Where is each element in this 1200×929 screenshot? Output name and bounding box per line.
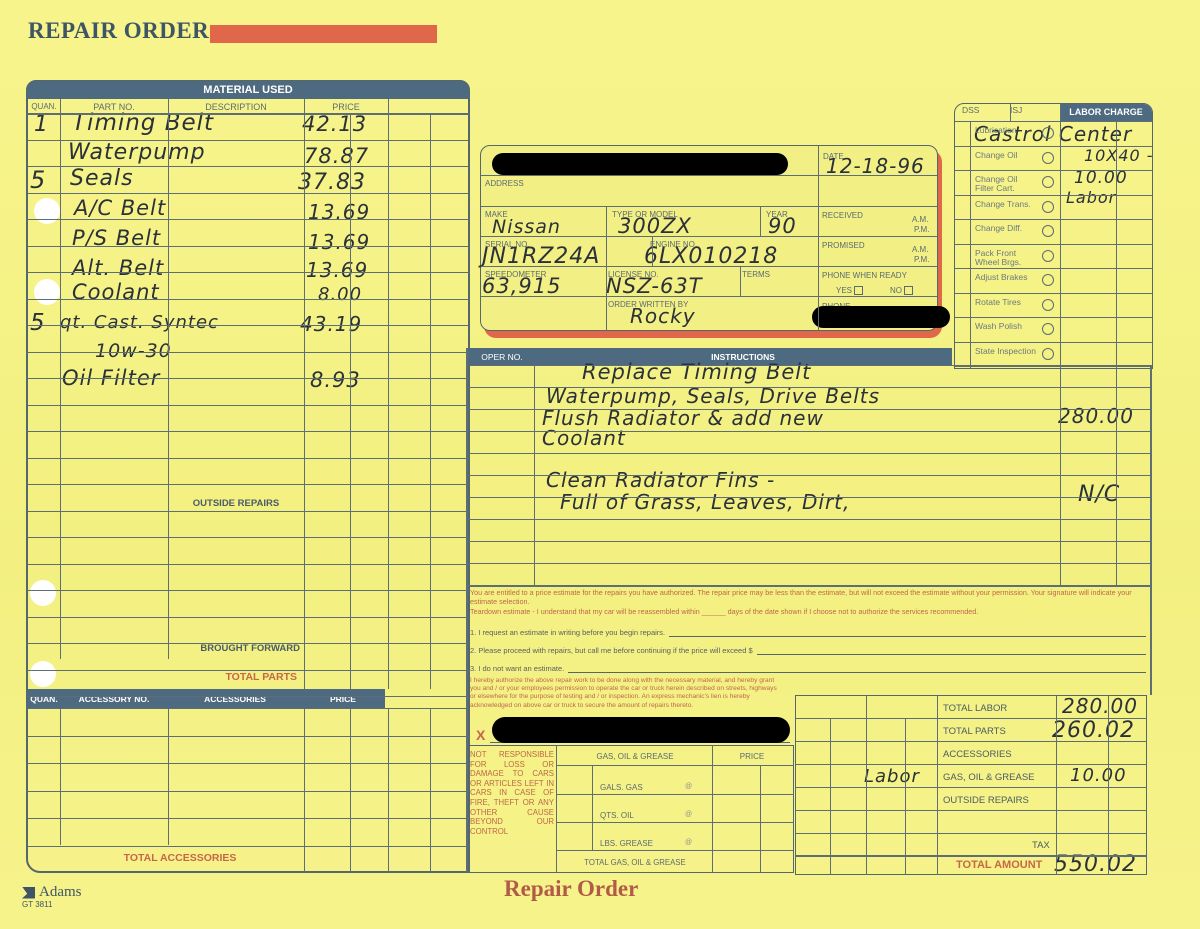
mat-row-3-desc: Seals [70,166,134,191]
gas-price-label: PRICE [712,752,792,761]
phone-ready-yes: YES [836,286,863,295]
svc-note-2: 10X40 - [1084,146,1154,165]
grid-rule [606,206,607,330]
svc-note-4: Labor [1066,188,1116,207]
estimate-option-1: 1. I request an estimate in writing befo… [470,628,1146,637]
binder-hole [34,279,60,305]
promised-pm: P.M. [914,255,929,264]
grid-rule [388,708,389,873]
grid-rule [27,763,469,764]
binder-hole [30,580,56,606]
grid-rule [905,718,906,874]
adams-logo-icon [22,887,35,899]
grid-rule [955,317,1152,318]
mat-row-3-quan: 5 [30,166,46,194]
make-value: Nissan [492,216,561,238]
gas-row-qts: QTS. OIL [600,811,634,820]
grid-rule [27,458,469,459]
grid-rule [481,266,937,267]
mat-row-5-price: 13.69 [308,230,370,254]
footer-title: Repair Order [504,876,638,902]
teardown-estimate: Teardown estimate - I understand that my… [470,607,1146,616]
redacted-signature [492,717,790,743]
grid-rule [27,846,469,847]
grid-rule [168,99,169,659]
isj-label: ISJ [1010,105,1022,115]
total-labor-label: TOTAL LABOR [943,703,1007,714]
service-item-change-diff: Change Diff. [975,224,1037,233]
address-label: ADDRESS [485,179,524,188]
grid-rule [27,352,469,353]
total-parts-label-2: TOTAL PARTS [943,726,1006,737]
grid-rule [27,140,469,141]
grid-rule [468,475,1152,476]
received-am: A.M. [912,215,928,224]
grid-rule [796,764,1146,765]
option-1-text: 1. I request an estimate in writing befo… [470,628,665,637]
grid-rule [955,121,1152,122]
service-checkbox-circle[interactable] [1042,250,1054,262]
grid-rule [304,99,305,689]
grid-rule [27,791,469,792]
service-checkbox-circle[interactable] [1042,348,1054,360]
grid-rule [27,431,469,432]
grid-rule [468,585,1152,587]
brand-name: Adams [39,884,82,901]
grid-rule [27,590,469,591]
service-checkbox-circle[interactable] [1042,201,1054,213]
service-checkbox-circle[interactable] [1042,274,1054,286]
grid-rule [796,741,1146,742]
grid-rule [27,405,469,406]
instr-line-1: Replace Timing Belt [582,360,811,384]
mat-row-4-desc: A/C Belt [74,196,166,220]
total-parts-label: TOTAL PARTS [60,671,297,683]
service-checkbox-circle[interactable] [1042,323,1054,335]
grid-rule [796,855,1146,857]
grid-rule [27,272,469,273]
mat-row-2-desc: Waterpump [68,140,206,165]
grid-rule [27,484,469,485]
grid-rule [430,113,431,689]
grid-rule [955,146,1152,147]
grid-rule [1116,365,1117,585]
grid-rule [468,453,1152,454]
grid-rule [168,708,169,845]
grid-rule [481,206,937,207]
service-checkbox-circle[interactable] [1042,152,1054,164]
grid-rule [1060,365,1061,585]
grid-rule [937,695,938,875]
grid-rule [818,146,819,330]
form-number: GT 3811 [22,900,52,909]
gas-oil-title: GAS, OIL & GREASE [560,752,710,761]
labor-charge-header: LABOR CHARGE [1060,104,1152,121]
service-item-adjust-brakes: Adjust Brakes [975,273,1037,282]
gas-oil-value: 10.00 [1070,765,1127,786]
option-1-line[interactable] [669,629,1146,637]
grid-rule [1056,695,1057,875]
grid-rule [468,365,1152,366]
grid-rule [955,244,1152,245]
grid-rule [27,299,469,300]
grid-rule [468,519,1152,520]
grid-rule [1010,103,1011,121]
grid-rule [27,193,469,194]
instr-line-4: Coolant [542,426,626,450]
grid-rule [27,246,469,247]
mat-row-6-desc: Alt. Belt [72,256,164,280]
outside-repairs-total-label: OUTSIDE REPAIRS [943,795,1029,806]
binder-hole [30,661,56,687]
grid-rule [468,387,1152,388]
option-3-text: 3. I do not want an estimate. [470,664,564,673]
tax-label: TAX [1032,840,1050,851]
grid-rule [830,718,831,874]
grid-rule [60,708,61,845]
yes-label: YES [836,286,852,295]
service-checkbox-circle[interactable] [1042,299,1054,311]
grid-rule [1150,365,1152,695]
grid-rule [955,342,1152,343]
grid-rule [740,266,741,296]
form-title: REPAIR ORDER [28,18,209,44]
license-value: NSZ-63T [606,274,703,298]
grid-rule [481,175,937,176]
year-value: 90 [768,214,797,238]
grid-rule [1116,121,1117,368]
grid-rule [27,511,469,512]
grid-rule [796,787,1146,788]
written-by-value: Rocky [630,304,696,328]
grid-rule [796,833,1146,834]
service-item-wash-polish: Wash Polish [975,322,1037,331]
grid-rule [652,236,653,266]
grid-rule [955,219,1152,220]
grid-rule [466,348,468,873]
grid-rule [27,617,469,618]
grid-rule [592,765,593,850]
grid-rule [60,99,61,659]
grid-rule [866,695,867,875]
adams-logo: Adams [22,884,82,901]
grid-rule [1060,103,1061,369]
gas-total-label: TOTAL GAS, OIL & GREASE [558,858,712,867]
grid-rule [955,268,1152,269]
total-parts-value: 260.02 [1052,718,1135,743]
promised-am: A.M. [912,245,928,254]
grid-rule [955,293,1152,294]
service-item-lubrication: Lubrication [975,126,1037,135]
mat-row-7-price: 8.00 [318,284,362,305]
mat-row-10-price: 8.93 [310,368,361,392]
service-item-change-trans: Change Trans. [975,200,1037,209]
title-accent-bar [210,25,437,43]
grid-rule [760,206,761,236]
accessories-total-label: ACCESSORIES [943,749,1012,760]
mat-row-3-price: 37.83 [298,170,366,195]
estimate-option-3: 3. I do not want an estimate. [470,664,1146,673]
instr-line-6: Clean Radiator Fins - [546,468,775,492]
dss-label: DSS [962,105,979,115]
grid-rule [27,219,469,220]
outside-repairs-label: OUTSIDE REPAIRS [168,498,304,509]
grid-rule [955,366,1152,367]
repair-order-form: REPAIR ORDER MATERIAL USED QUAN. PART NO… [0,0,1200,929]
mat-row-2-price: 78.87 [304,144,369,168]
gas-row-gals: GALS. GAS [600,783,643,792]
gas-at-3: @ [685,839,692,846]
received-label: RECEIVED [822,211,863,220]
option-2-text: 2. Please proceed with repairs, but call… [470,646,753,655]
mat-row-8-desc: qt. Cast. Syntec [60,312,219,333]
mat-row-8-quan: 5 [30,310,46,336]
mat-row-7-desc: Coolant [72,280,160,304]
oper-no-label: OPER NO. [470,352,534,362]
svc-note-3: 10.00 [1074,168,1128,188]
material-used-header: MATERIAL USED [27,81,469,99]
mat-row-8-price: 43.19 [300,312,362,336]
mat-row-4-price: 13.69 [308,200,370,224]
estimate-intro: You are entitled to a price estimate for… [470,588,1146,606]
instr-charge-1: 280.00 [1058,404,1134,428]
grid-rule [27,537,469,538]
total-accessories-label: TOTAL ACCESSORIES [60,852,300,864]
grid-rule [27,708,469,709]
phone-ready-no: NO [890,286,913,295]
redacted-phone [812,306,950,328]
gas-at-2: @ [685,811,692,818]
mat-row-1-price: 42.13 [302,112,367,136]
grid-rule [388,99,389,689]
grid-rule [304,708,305,873]
yes-checkbox[interactable] [854,286,863,295]
model-value: 300ZX [618,214,692,238]
grid-rule [350,113,351,689]
instr-charge-2: N/C [1078,482,1120,507]
option-3-line[interactable] [568,665,1146,673]
grid-rule [27,696,469,697]
terms-label: TERMS [742,270,770,279]
grid-rule [27,166,469,167]
service-checkbox-circle[interactable] [1042,176,1054,188]
redacted-name [492,153,788,175]
grid-rule [1108,695,1109,875]
service-item-pack-front-wheel-brgs: Pack Front Wheel Brgs. [975,249,1037,267]
gas-at-1: @ [685,783,692,790]
brought-forward-label: BROUGHT FORWARD [60,643,300,654]
grid-rule [796,718,1146,719]
grid-rule [468,497,1152,498]
signature-x: X [476,727,485,743]
grid-rule [955,195,1152,196]
service-item-change-oil: Change Oil [975,151,1037,160]
grid-rule [468,431,1152,432]
instr-line-7: Full of Grass, Leaves, Dirt, [560,490,850,514]
grid-rule [955,170,1152,171]
promised-label: PROMISED [822,241,865,250]
grid-rule [534,365,535,585]
no-label: NO [890,286,902,295]
grid-rule [970,121,971,368]
grid-rule [430,708,431,873]
grid-rule [481,296,819,297]
option-2-line[interactable] [757,647,1146,655]
grid-rule [27,378,469,379]
grid-rule [27,564,469,565]
gas-oil-total-label: GAS, OIL & GREASE [943,772,1035,783]
grid-rule [27,818,469,819]
grid-rule [27,325,469,326]
no-checkbox[interactable] [904,286,913,295]
service-checkbox-circle[interactable] [1042,127,1054,139]
phone-ready-label: PHONE WHEN READY [822,271,907,280]
service-item-state-inspection: State Inspection [975,347,1037,356]
authorization-text: I hereby authorize the above repair work… [470,677,782,721]
grid-rule [350,708,351,873]
grid-rule [712,745,713,873]
col-price: PRICE [304,102,388,112]
grid-rule [468,409,1152,410]
service-item-change-oil-filter-cart: Change Oil Filter Cart. [975,175,1037,193]
mat-row-1-quan: 1 [34,112,49,137]
grid-rule [481,236,937,237]
received-pm: P.M. [914,225,929,234]
gas-row-lbs: LBS. GREASE [600,839,653,848]
grid-rule [796,810,1146,811]
grid-rule [27,643,469,644]
speedometer-value: 63,915 [482,274,561,298]
liability-notice: NOT RESPONSIBLE FOR LOSS OR DAMAGE TO CA… [470,750,554,836]
grid-rule [27,670,469,671]
grid-rule [556,850,794,851]
mat-row-6-price: 13.69 [306,258,368,282]
gas-oil-note: Labor [864,766,920,787]
total-labor-value: 280.00 [1062,694,1138,718]
grid-rule [27,113,469,115]
service-checkbox-circle[interactable] [1042,225,1054,237]
service-item-rotate-tires: Rotate Tires [975,298,1037,307]
col-quan: QUAN. [28,102,60,111]
total-amount-label: TOTAL AMOUNT [956,859,1042,871]
grid-rule [27,736,469,737]
grid-rule [819,296,937,297]
grid-rule [760,765,761,873]
estimate-option-2: 2. Please proceed with repairs, but call… [470,646,1146,655]
grid-rule [468,541,1152,542]
grid-rule [468,563,1152,564]
binder-hole [34,198,60,224]
